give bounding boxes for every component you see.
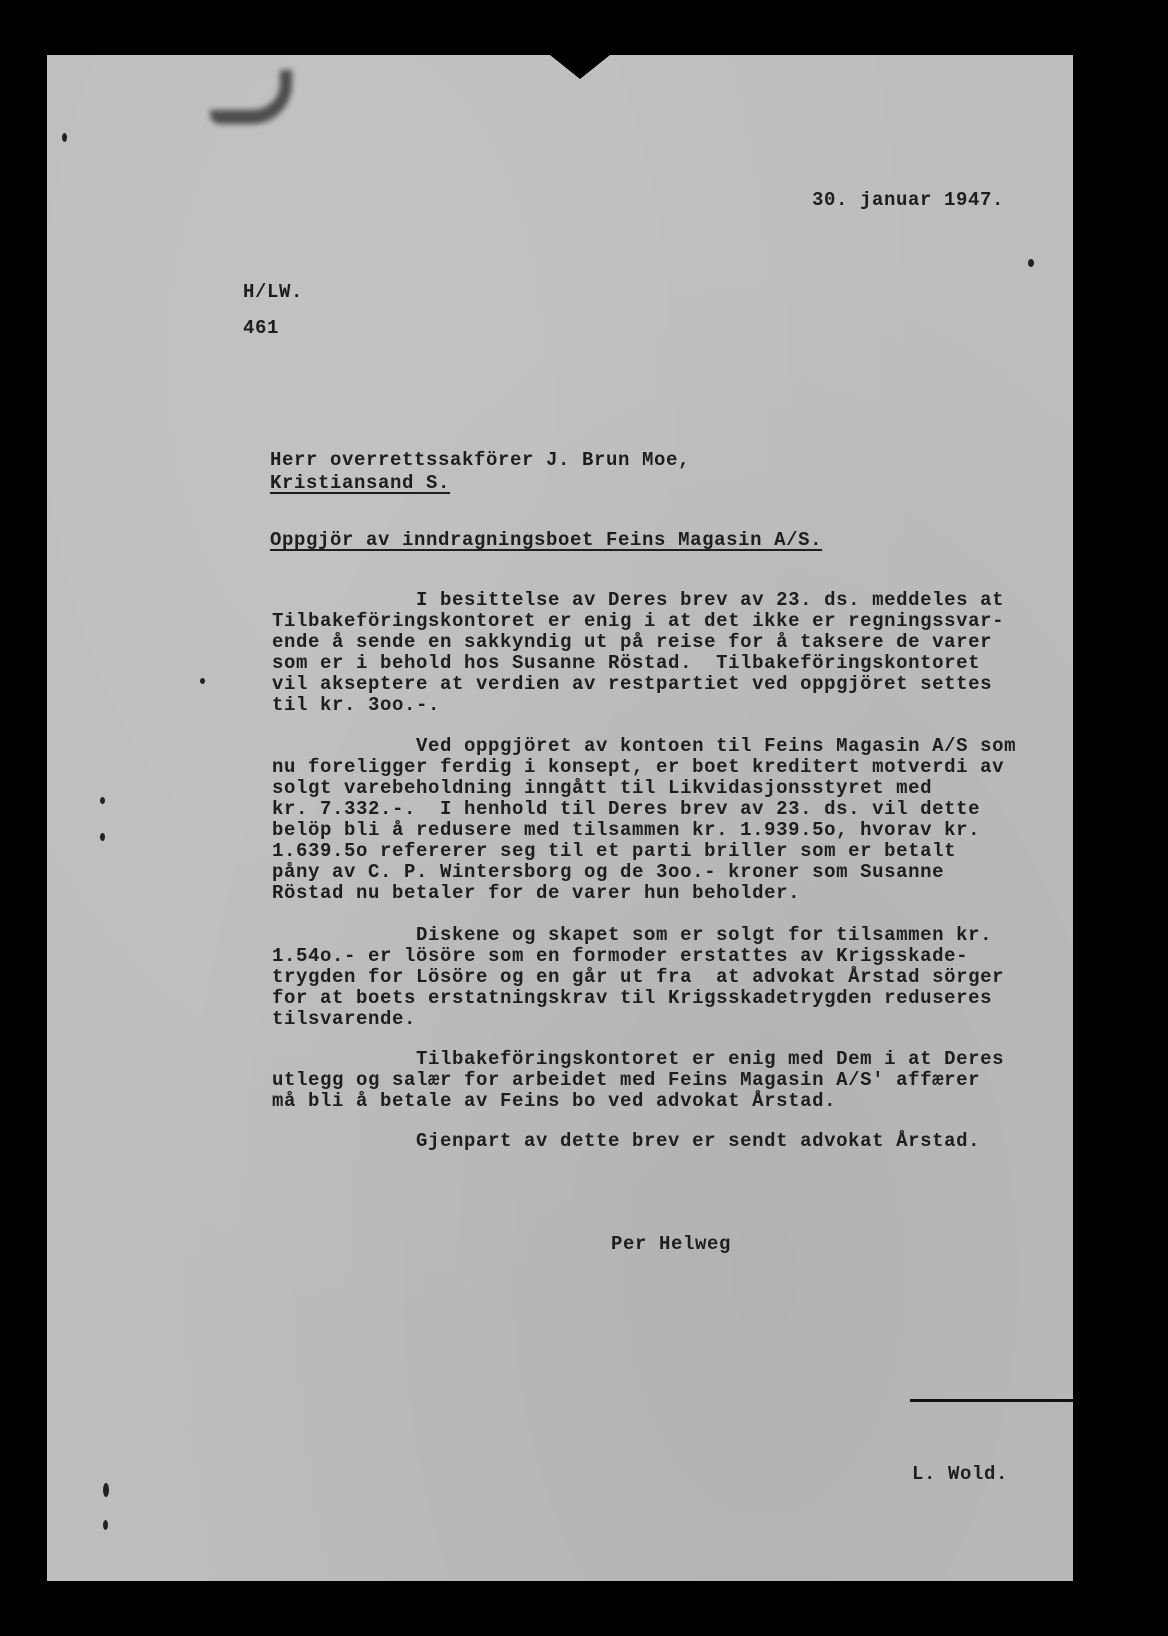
text-line: tilsvarende.	[272, 1009, 416, 1030]
page-notch	[550, 55, 610, 79]
initials: L. Wold.	[912, 1464, 1008, 1485]
ink-speck	[100, 833, 105, 841]
text-line: Tilbakeföringskontoret er enig med Dem i…	[272, 1049, 1004, 1070]
text-line: Tilbakeföringskontoret er enig i at det …	[272, 611, 1004, 632]
text-line: vil akseptere at verdien av restpartiet …	[272, 674, 992, 695]
ink-speck	[200, 678, 205, 684]
text-line: nu foreligger ferdig i konsept, er boet …	[272, 757, 1004, 778]
letter-date: 30. januar 1947.	[812, 190, 1004, 211]
hole-punch-mark	[103, 1483, 109, 1497]
signature-line	[910, 1399, 1073, 1402]
text-line: Röstad nu betaler for de varer hun behol…	[272, 883, 800, 904]
reference-code: H/LW.	[243, 282, 303, 303]
text-line: 1.54o.- er lösöre som en formoder erstat…	[272, 946, 968, 967]
text-line: I besittelse av Deres brev av 23. ds. me…	[272, 590, 1004, 611]
hole-punch-mark	[103, 1520, 108, 1530]
text-line: må bli å betale av Feins bo ved advokat …	[272, 1091, 836, 1112]
text-line: 1.639.5o refererer seg til et parti bril…	[272, 841, 956, 862]
text-line: solgt varebeholdning inngått til Likvida…	[272, 778, 932, 799]
document-number: 461	[243, 318, 279, 339]
text-line: Gjenpart av dette brev er sendt advokat …	[272, 1131, 980, 1152]
recipient-name: Herr overrettssakförer J. Brun Moe,	[270, 450, 690, 471]
ink-speck	[1028, 259, 1034, 267]
text-line: ende å sende en sakkyndig ut på reise fo…	[272, 632, 992, 653]
text-line: Diskene og skapet som er solgt for tilsa…	[272, 925, 992, 946]
text-line: til kr. 3oo.-.	[272, 695, 440, 716]
text-line: utlegg og salær for arbeidet med Feins M…	[272, 1070, 980, 1091]
text-line: påny av C. P. Wintersborg og de 3oo.- kr…	[272, 862, 944, 883]
text-line: belöp bli å redusere med tilsammen kr. 1…	[272, 820, 980, 841]
text-line: som er i behold hos Susanne Röstad. Tilb…	[272, 653, 980, 674]
text-line: Ved oppgjöret av kontoen til Feins Magas…	[272, 736, 1016, 757]
recipient-city: Kristiansand S.	[270, 473, 450, 494]
signature-name: Per Helweg	[611, 1234, 731, 1255]
letter-subject: Oppgjör av inndragningsboet Feins Magasi…	[270, 530, 822, 551]
hole-punch-mark	[62, 133, 67, 142]
text-line: trygden for Lösöre og en går ut fra at a…	[272, 967, 1004, 988]
text-line: for at boets erstatningskrav til Krigssk…	[272, 988, 992, 1009]
text-line: kr. 7.332.-. I henhold til Deres brev av…	[272, 799, 980, 820]
ink-speck	[100, 797, 105, 804]
